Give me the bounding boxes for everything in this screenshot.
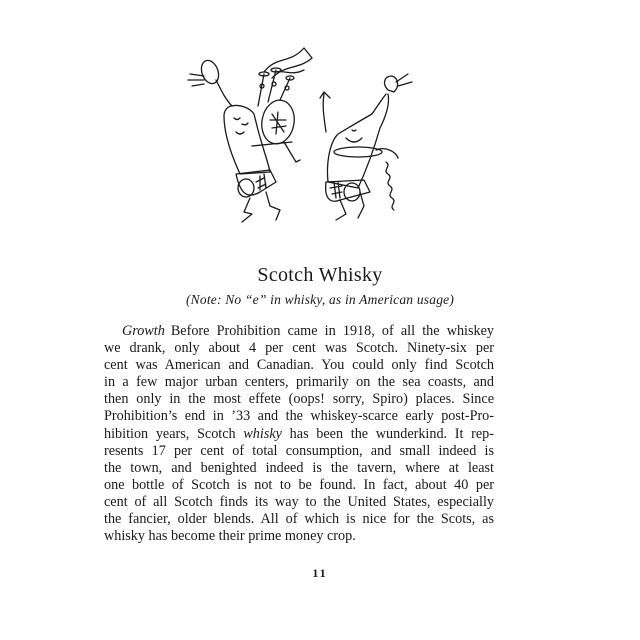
text-line: then only in the most effete (oops! sorr…	[104, 391, 494, 408]
page-title: Scotch Whisky	[0, 264, 640, 287]
text-line: cent of all Scotch finds its way to the …	[104, 494, 494, 511]
body-paragraph: GrowthBefore Prohibition came in 1918, o…	[104, 323, 494, 545]
bagpiper-bottle-icon	[188, 48, 312, 222]
page-number: 11	[0, 566, 640, 581]
text-line: Prohibition’s end in ’33 and the whiskey…	[104, 408, 494, 425]
text-line: the town, and benighted indeed is the ta…	[104, 460, 494, 477]
text-line: we drank, only about 4 per cent was Scot…	[104, 340, 494, 357]
dancing-bottles-illustration	[180, 42, 460, 230]
text-line: the fancier, older blends. All of which …	[104, 511, 494, 528]
emphasized-word: whisky	[243, 426, 282, 442]
text-line: resents 17 per cent of total consumption…	[104, 443, 494, 460]
text-line: cent was American and Canadian. You coul…	[104, 357, 494, 374]
text-line: in a few major urban centers, primarily …	[104, 374, 494, 391]
text-line: GrowthBefore Prohibition came in 1918, o…	[104, 323, 494, 340]
dancing-bottle-icon	[320, 74, 412, 220]
text-line: whisky has become their prime money crop…	[104, 528, 494, 545]
run-in-heading: Growth	[122, 323, 165, 339]
text-line: one bottle of Scotch is not to be found.…	[104, 477, 494, 494]
title-note: (Note: No “e” in whisky, as in American …	[0, 292, 640, 308]
text-line: hibition years, Scotch whisky has been t…	[104, 426, 494, 443]
